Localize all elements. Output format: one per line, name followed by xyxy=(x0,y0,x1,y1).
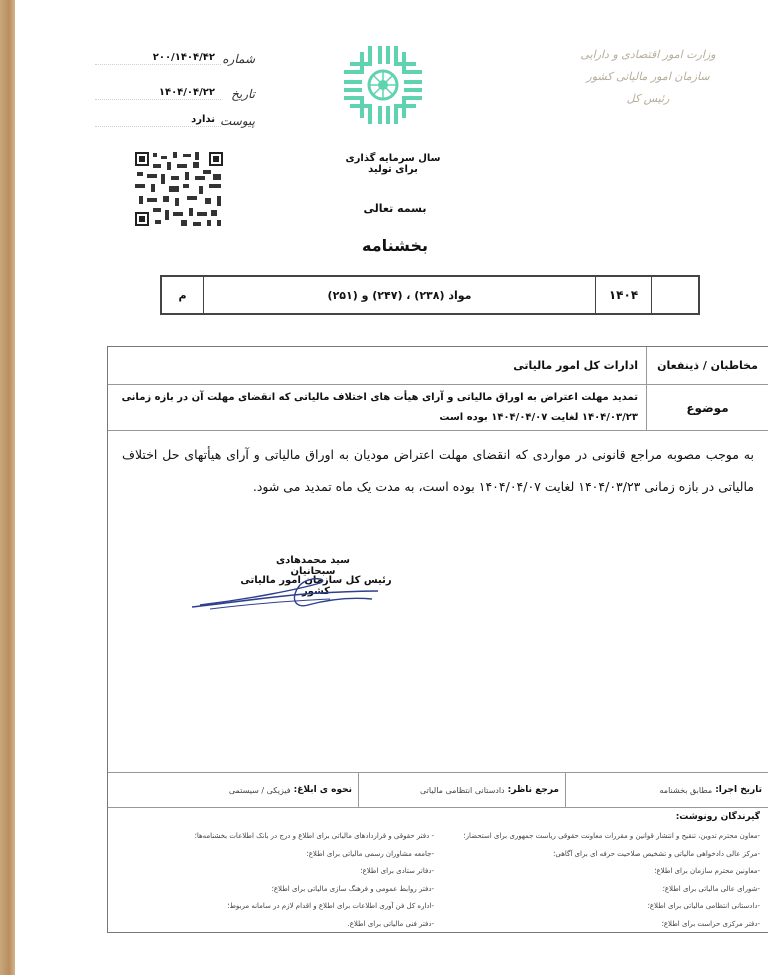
subject-value: تمدید مهلت اعتراض به اوراق مالیاتی و آرا… xyxy=(108,385,646,430)
cc-item: -دفاتر ستادی برای اطلاع؛ xyxy=(114,863,434,881)
cc-item: -معاونین محترم سازمان برای اطلاع؛ xyxy=(440,863,760,881)
footer-row: تاریخ اجرا: مطابق بخشنامه مرجع ناظر: داد… xyxy=(108,772,768,808)
letter-number-field: شماره ۲۰۰/۱۴۰۴/۴۲ xyxy=(95,52,255,68)
background-surface xyxy=(0,0,15,975)
number-value: ۲۰۰/۱۴۰۴/۴۲ xyxy=(150,52,215,63)
document-page: وزارت امور اقتصادی و دارایی سازمان امور … xyxy=(15,0,768,975)
reference-code: م xyxy=(162,277,204,313)
letter-date-field: تاریخ ۱۴۰۴/۰۴/۲۲ xyxy=(95,87,255,103)
supervisor-value: دادستانی انتظامی مالیاتی xyxy=(420,786,505,795)
signature-icon xyxy=(190,569,380,617)
cc-item: -شورای عالی مالیاتی برای اطلاع؛ xyxy=(440,881,760,899)
year-slogan: سال سرمایه گذاری برای تولید xyxy=(333,153,453,175)
ministry-line: رئیس کل xyxy=(568,88,728,110)
subject-row: موضوع تمدید مهلت اعتراض به اوراق مالیاتی… xyxy=(108,385,768,431)
ministry-line: وزارت امور اقتصادی و دارایی xyxy=(568,44,728,66)
effective-date-cell: تاریخ اجرا: مطابق بخشنامه xyxy=(565,773,768,807)
cc-section: گیرندگان رونوشت: -معاون محترم تدوین، تنق… xyxy=(108,808,768,932)
supervisor-label: مرجع ناظر: xyxy=(508,785,559,795)
attachment-field: پیوست ندارد xyxy=(95,114,255,130)
document-title: بخشنامه xyxy=(335,236,455,255)
cc-item: -مرکز عالی دادخواهی مالیاتی و تشخیص صلاح… xyxy=(440,846,760,864)
audience-row: مخاطبان / ذینفعان ادارات کل امور مالیاتی xyxy=(108,347,768,385)
circular-body-text: به موجب مصوبه مراجع قانونی در مواردی که … xyxy=(122,439,754,503)
attachment-value: ندارد xyxy=(188,114,215,125)
cc-item: -جامعه مشاوران رسمی مالیاتی برای اطلاع؛ xyxy=(114,846,434,864)
reference-articles: مواد (۲۳۸) ، (۲۴۷) و (۲۵۱) xyxy=(204,277,596,313)
cc-item: -دفتر روابط عمومی و فرهنگ سازی مالیاتی ب… xyxy=(114,881,434,899)
delivery-method-cell: نحوه ی ابلاغ: فیزیکی / سیستمی xyxy=(108,773,358,807)
tax-organization-logo-icon xyxy=(340,42,426,128)
cc-item: -معاون محترم تدوین، تنقیح و انتشار قوانی… xyxy=(440,828,760,846)
cc-right-column: -معاون محترم تدوین، تنقیح و انتشار قوانی… xyxy=(440,828,760,933)
number-label: شماره xyxy=(222,52,255,66)
delivery-method-label: نحوه ی ابلاغ: xyxy=(294,785,352,795)
audience-label: مخاطبان / ذینفعان xyxy=(646,347,768,384)
cc-item: -دادستانی انتظامی مالیاتی برای اطلاع؛ xyxy=(440,898,760,916)
date-label: تاریخ xyxy=(231,87,255,101)
cc-item: -دفتر مرکزی حراست برای اطلاع؛ xyxy=(440,916,760,934)
cc-title: گیرندگان رونوشت: xyxy=(676,812,760,822)
cc-item: - دفتر حقوقی و قراردادهای مالیاتی برای ا… xyxy=(114,828,434,846)
delivery-method-value: فیزیکی / سیستمی xyxy=(229,786,291,795)
reference-year: ۱۴۰۴ xyxy=(596,277,652,313)
cc-item: -دفتر فنی مالیاتی برای اطلاع. xyxy=(114,916,434,934)
reference-empty-cell xyxy=(652,277,698,313)
cc-item: -اداره کل فن آوری اطلاعات برای اطلاع و ا… xyxy=(114,898,434,916)
cc-left-column: - دفتر حقوقی و قراردادهای مالیاتی برای ا… xyxy=(114,828,434,933)
effective-date-label: تاریخ اجرا: xyxy=(715,785,762,795)
audience-value: ادارات کل امور مالیاتی xyxy=(108,347,646,384)
supervisor-cell: مرجع ناظر: دادستانی انتظامی مالیاتی xyxy=(358,773,565,807)
subject-label: موضوع xyxy=(646,385,768,430)
circular-body-table: مخاطبان / ذینفعان ادارات کل امور مالیاتی… xyxy=(107,346,768,933)
ministry-line: سازمان امور مالیاتی کشور xyxy=(568,66,728,88)
reference-table: م مواد (۲۳۸) ، (۲۴۷) و (۲۵۱) ۱۴۰۴ xyxy=(160,275,700,315)
qr-code-icon xyxy=(133,150,225,228)
attachment-label: پیوست xyxy=(220,114,255,128)
ministry-letterhead: وزارت امور اقتصادی و دارایی سازمان امور … xyxy=(568,44,728,110)
basmala-heading: بسمه تعالی xyxy=(345,202,445,215)
effective-date-value: مطابق بخشنامه xyxy=(660,786,713,795)
date-value: ۱۴۰۴/۰۴/۲۲ xyxy=(156,87,215,98)
